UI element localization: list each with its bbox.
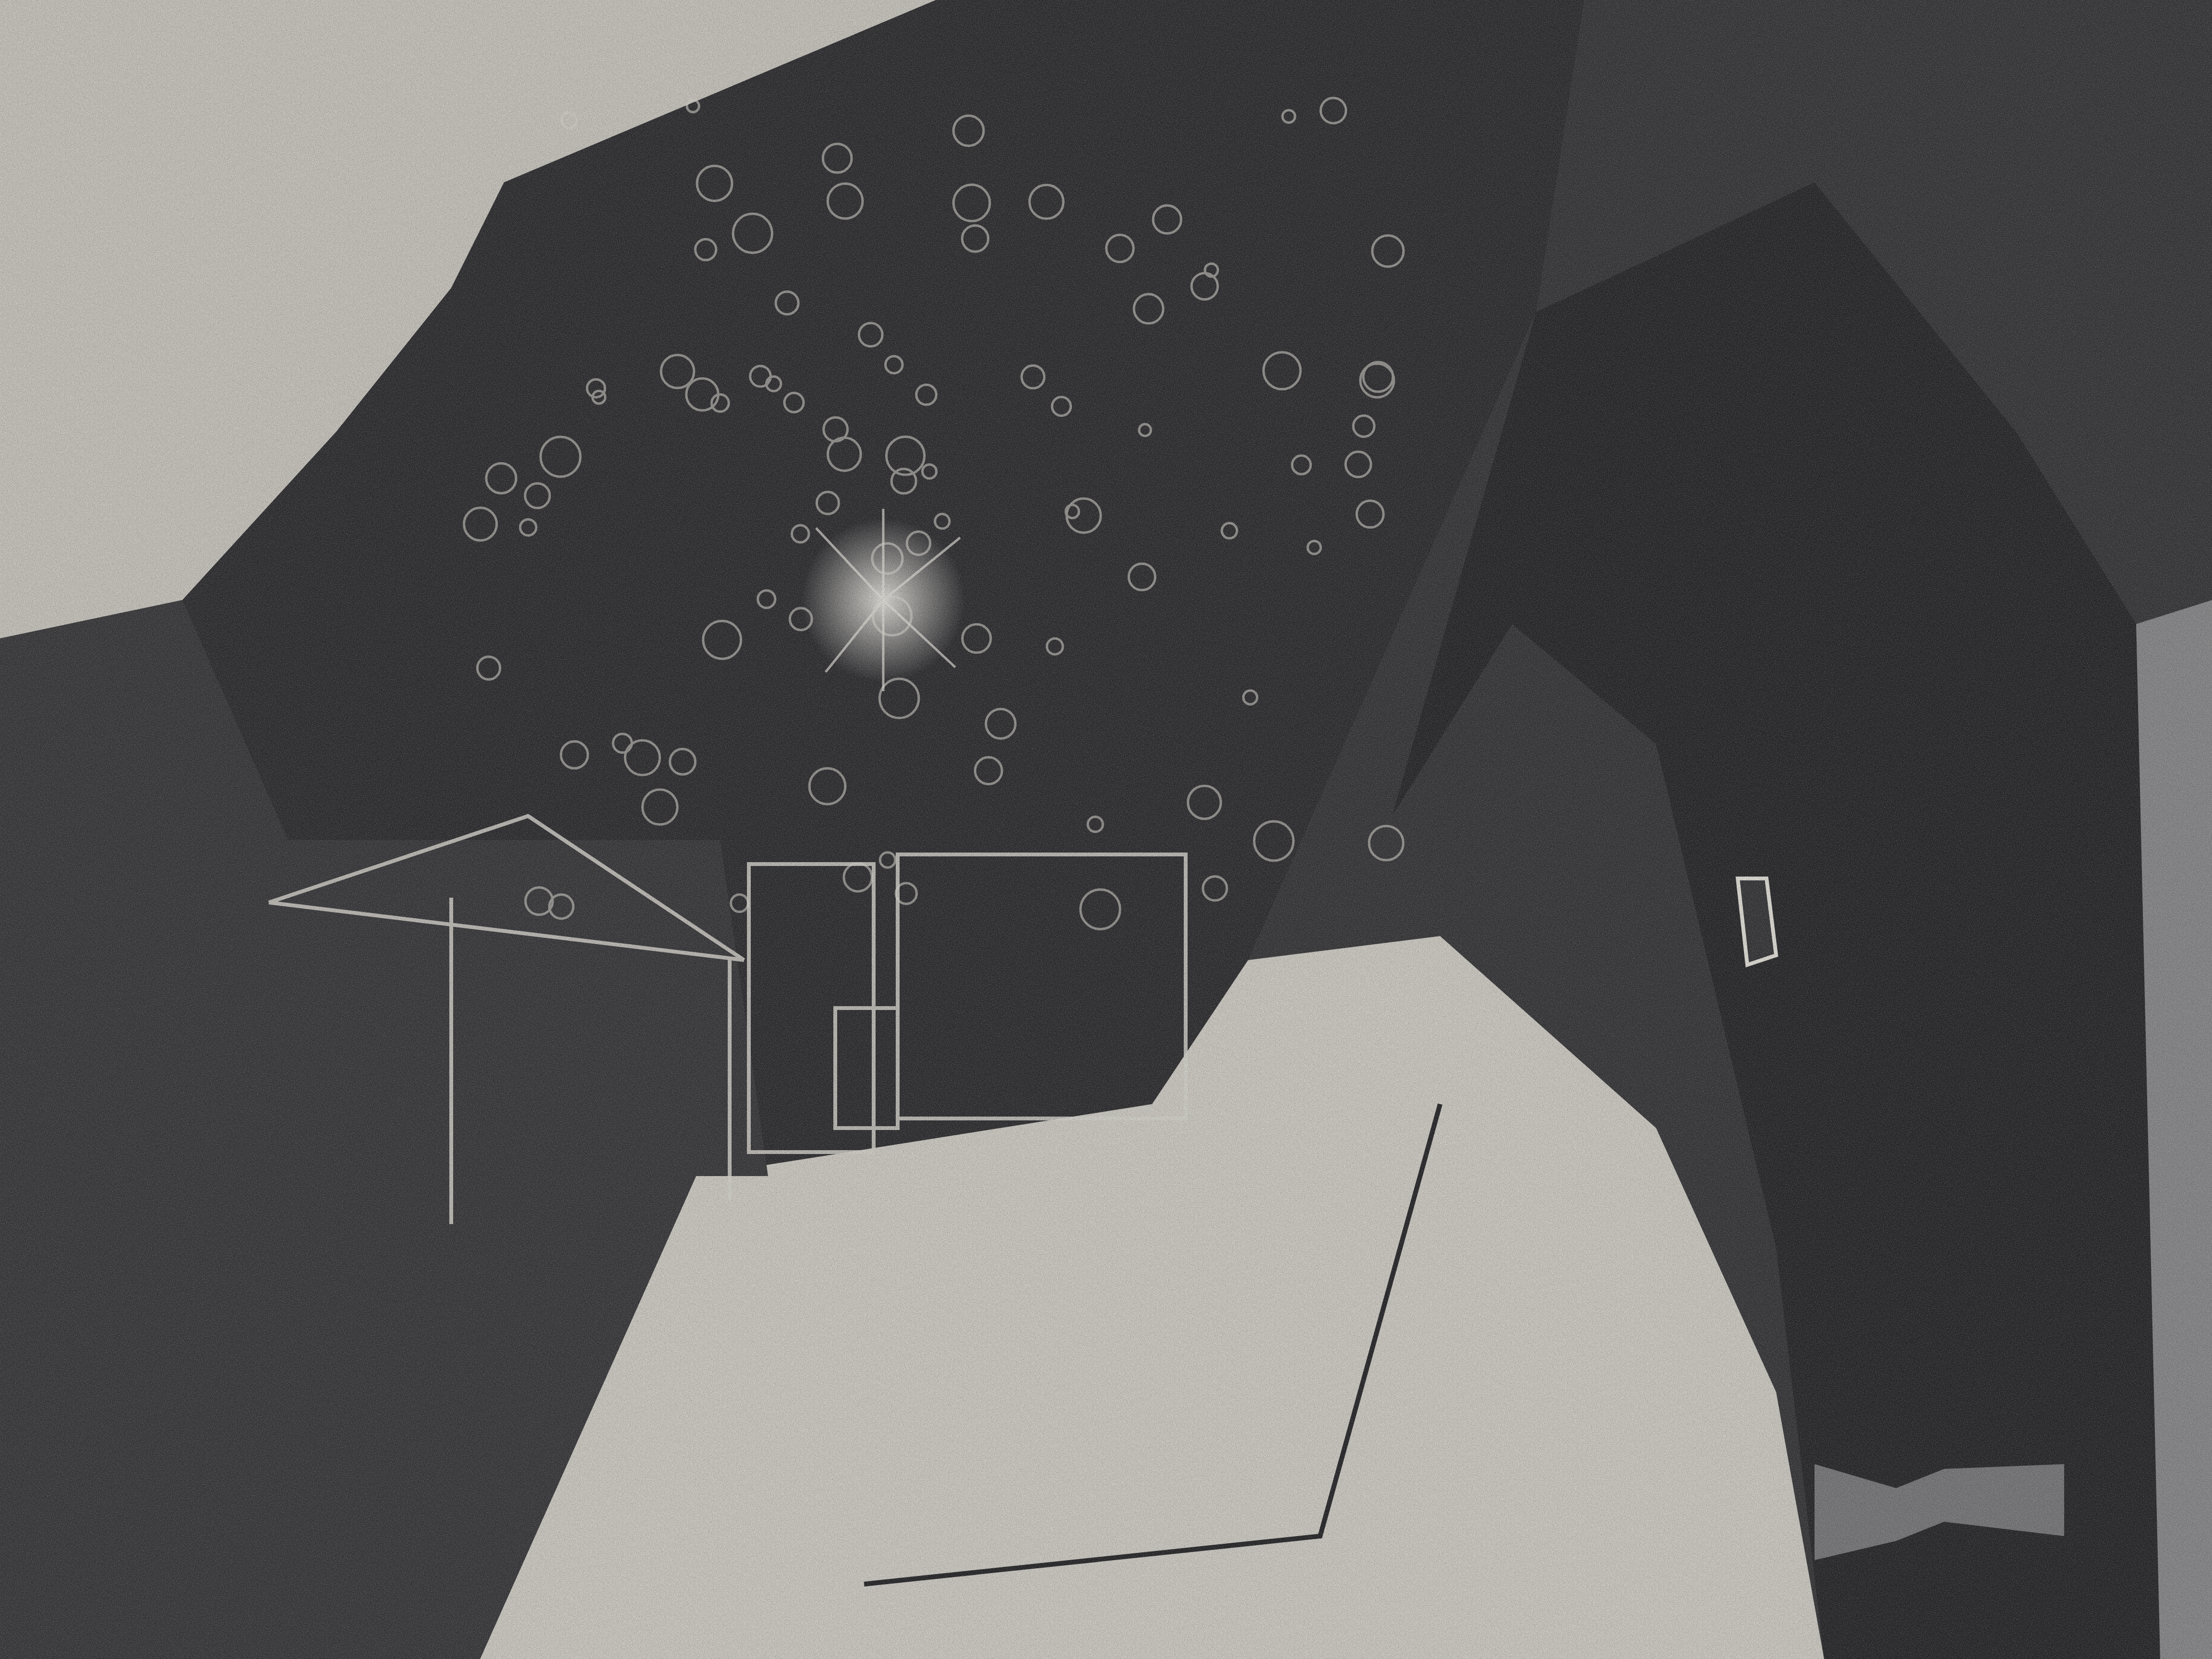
print-illustration xyxy=(0,0,2212,1659)
artwork-photo: Abstract landscape: dark speckled sky wi… xyxy=(0,0,2212,1659)
light-grain xyxy=(0,0,2212,1659)
